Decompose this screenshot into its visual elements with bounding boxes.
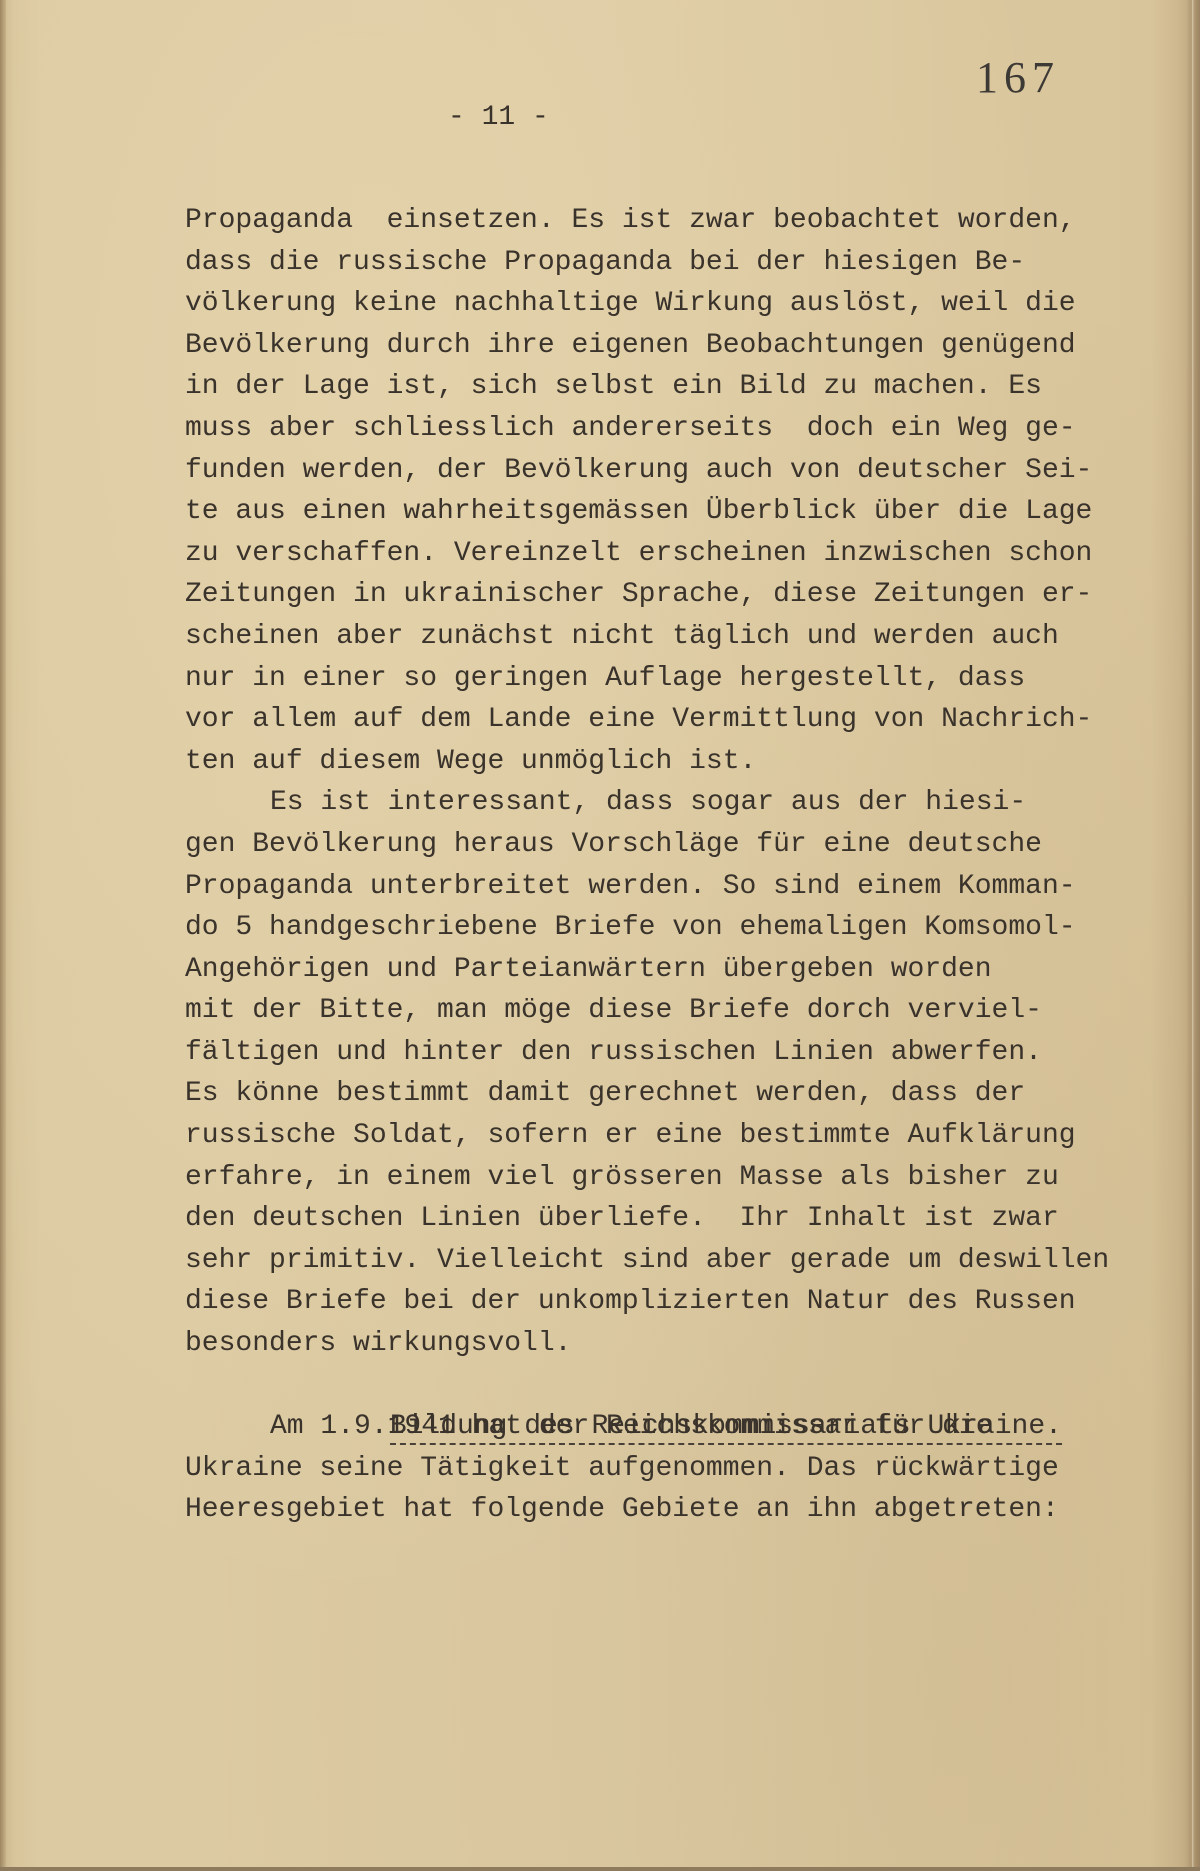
text-line: vor allem auf dem Lande eine Vermittlung… xyxy=(185,699,1185,741)
text-line: Ukraine seine Tätigkeit aufgenommen. Das… xyxy=(185,1448,1185,1490)
page-edge-bottom xyxy=(0,1867,1200,1871)
text-line: Bevölkerung durch ihre eigenen Beobachtu… xyxy=(185,325,1185,367)
text-line: russische Soldat, sofern er eine bestimm… xyxy=(185,1115,1185,1157)
folio-stamp: 167 xyxy=(976,52,1060,103)
text-line: diese Briefe bei der unkomplizierten Nat… xyxy=(185,1281,1185,1323)
text-line: Propaganda unterbreitet werden. So sind … xyxy=(185,866,1185,908)
text-line: gen Bevölkerung heraus Vorschläge für ei… xyxy=(185,824,1185,866)
text-line: Es ist interessant, dass sogar aus der h… xyxy=(185,782,1185,824)
text-line: mit der Bitte, man möge diese Briefe dor… xyxy=(185,990,1185,1032)
text-line: scheinen aber zunächst nicht täglich und… xyxy=(185,616,1185,658)
text-line: erfahre, in einem viel grösseren Masse a… xyxy=(185,1157,1185,1199)
text-line: Propaganda einsetzen. Es ist zwar beobac… xyxy=(185,200,1185,242)
text-line: muss aber schliesslich andererseits doch… xyxy=(185,408,1185,450)
text-line: zu verschaffen. Vereinzelt erscheinen in… xyxy=(185,533,1185,575)
text-line: besonders wirkungsvoll. xyxy=(185,1323,1185,1365)
text-line: Es könne bestimmt damit gerechnet werden… xyxy=(185,1073,1185,1115)
text-line: fältigen und hinter den russischen Linie… xyxy=(185,1032,1185,1074)
text-line: den deutschen Linien überliefe. Ihr Inha… xyxy=(185,1198,1185,1240)
body-text: Propaganda einsetzen. Es ist zwar beobac… xyxy=(185,200,1185,1531)
document-page: 167 - 11 - Propaganda einsetzen. Es ist … xyxy=(0,0,1200,1871)
section-heading: Bildung des Reichskommissariats Ukraine. xyxy=(185,1365,1185,1407)
text-line: sehr primitiv. Vielleicht sind aber gera… xyxy=(185,1240,1185,1282)
page-number: - 11 - xyxy=(448,102,549,133)
text-line: ten auf diesem Wege unmöglich ist. xyxy=(185,741,1185,783)
paragraph-1: Propaganda einsetzen. Es ist zwar beobac… xyxy=(185,200,1185,782)
text-line: Heeresgebiet hat folgende Gebiete an ihn… xyxy=(185,1489,1185,1531)
text-line: in der Lage ist, sich selbst ein Bild zu… xyxy=(185,366,1185,408)
paragraph-2: Es ist interessant, dass sogar aus der h… xyxy=(185,782,1185,1364)
text-line: nur in einer so geringen Auflage hergest… xyxy=(185,658,1185,700)
page-edge-left xyxy=(0,0,6,1871)
text-line: dass die russische Propaganda bei der hi… xyxy=(185,242,1185,284)
text-line: funden werden, der Bevölkerung auch von … xyxy=(185,450,1185,492)
text-line: Zeitungen in ukrainischer Sprache, diese… xyxy=(185,574,1185,616)
text-line: te aus einen wahrheitsgemässen Überblick… xyxy=(185,491,1185,533)
page-edge-right xyxy=(1186,0,1200,1871)
text-line: völkerung keine nachhaltige Wirkung ausl… xyxy=(185,283,1185,325)
text-line: do 5 handgeschriebene Briefe von ehemali… xyxy=(185,907,1185,949)
text-line: Angehörigen und Parteianwärtern übergebe… xyxy=(185,949,1185,991)
